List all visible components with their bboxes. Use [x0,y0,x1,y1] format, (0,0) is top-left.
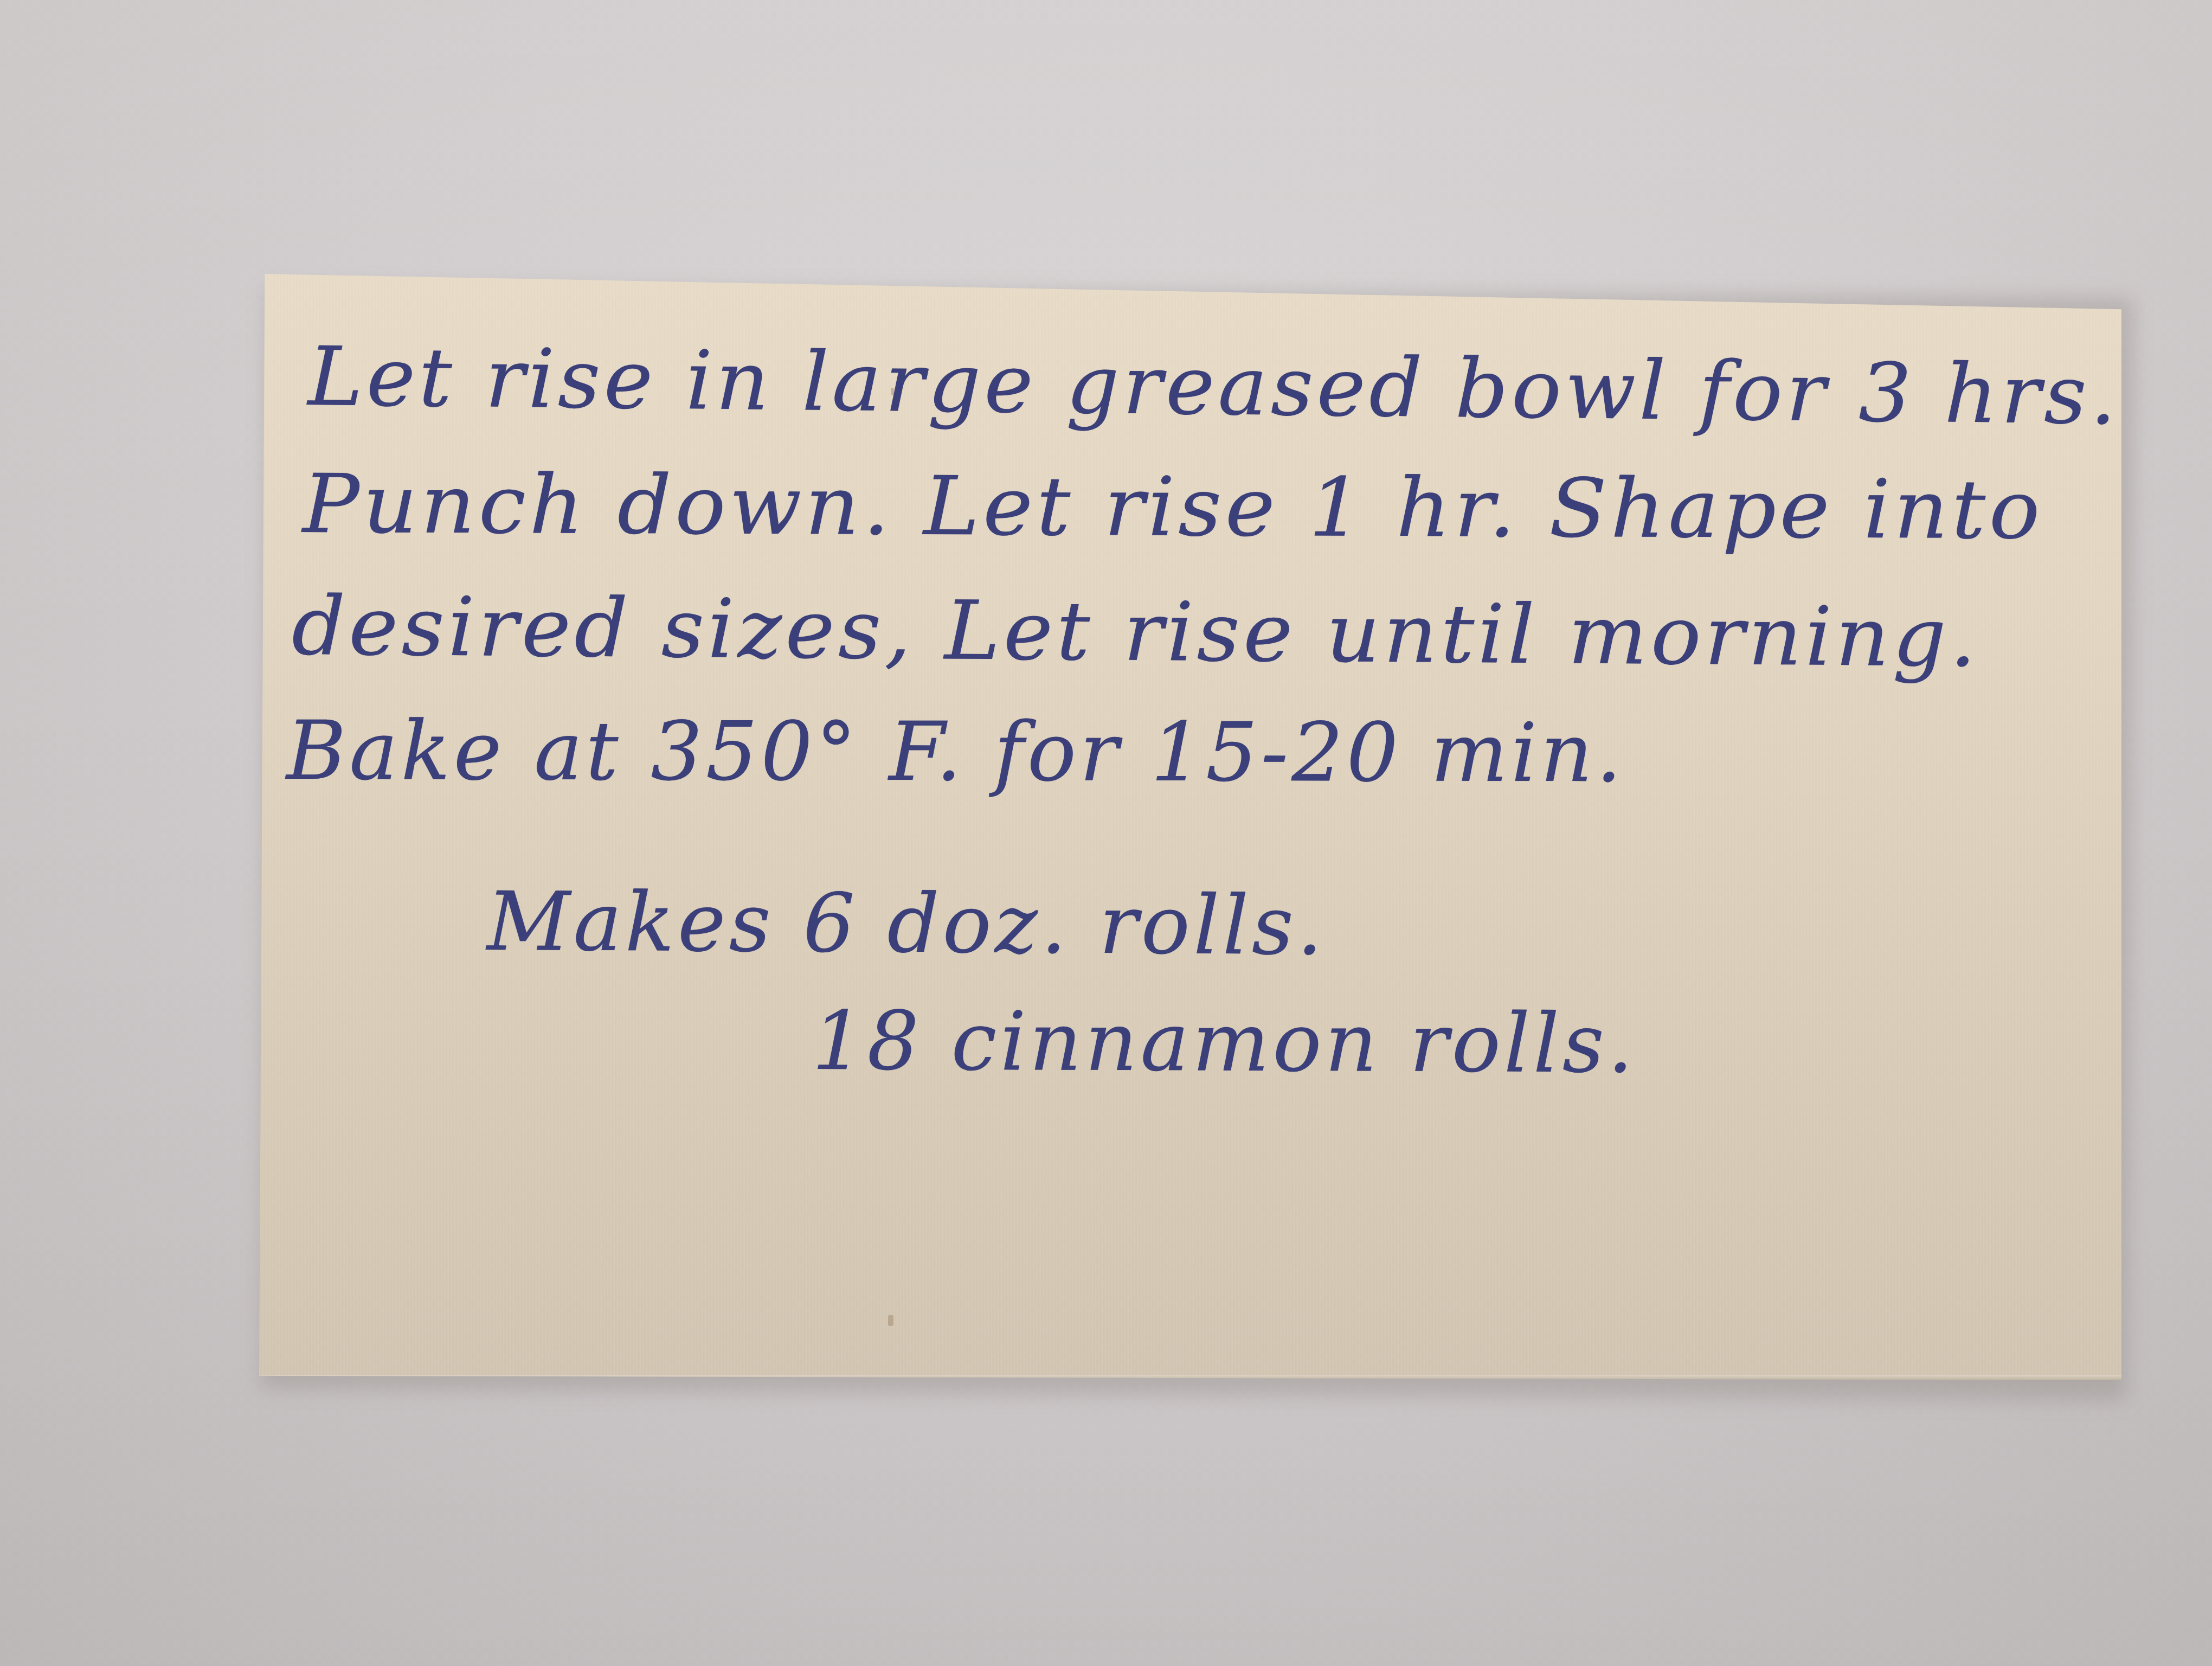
handwritten-line-3: desired sizes, Let rise until morning. [291,586,1979,679]
recipe-card: Let rise in large greased bowl for 3 hrs… [259,274,2121,1380]
yield-line-cinnamon-rolls: 18 cinnamon rolls. [812,1001,1637,1085]
handwritten-line-4: Bake at 350° F. for 15-20 min. [286,710,1625,794]
handwritten-line-2: Punch down. Let rise 1 hr. Shape into [303,464,2043,551]
yield-line-rolls: Makes 6 doz. rolls. [487,881,1327,967]
handwritten-line-1: Let rise in large greased bowl for 3 hrs… [307,336,2120,437]
paper-stain [888,1315,893,1326]
